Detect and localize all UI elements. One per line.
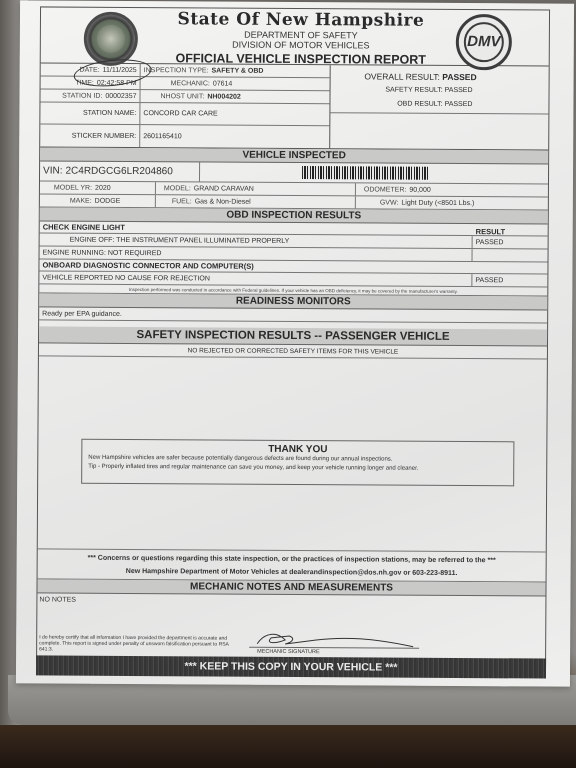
signature-label: MECHANIC SIGNATURE: [257, 649, 320, 655]
blank-area-2: [38, 483, 546, 552]
station-name-value: CONCORD CAR CARE: [140, 103, 220, 124]
obd-result: OBD RESULT: PASSED: [330, 97, 548, 112]
title-block: State Of New Hampshire DEPARTMENT OF SAF…: [161, 8, 441, 67]
result-summary: OVERALL RESULT: PASSED SAFETY RESULT: PA…: [330, 65, 549, 149]
thank-you-line-2: Tip - Properly inflated tires and regula…: [88, 463, 507, 475]
model-year-field: MODEL YR:2020: [40, 181, 156, 194]
signature-scribble: [255, 630, 415, 649]
dmv-logo-icon: DMV: [456, 14, 512, 70]
odometer-field: ODOMETER:90,000: [356, 183, 434, 195]
model-field: MODEL:GRAND CARAVAN: [156, 182, 356, 195]
certification-text: I do hereby certify that all information…: [39, 634, 229, 653]
report-title: OFFICIAL VEHICLE INSPECTION REPORT: [161, 51, 441, 67]
mechanic-field: MECHANIC:07614: [141, 77, 236, 90]
connector-result: PASSED: [471, 274, 547, 286]
gvw-field: GVW:Light Duty (<8501 Lbs.): [356, 196, 478, 209]
inspection-report-page: State Of New Hampshire DEPARTMENT OF SAF…: [16, 0, 574, 686]
blank-area: [38, 356, 546, 441]
engine-off-result-value: PASSED: [476, 239, 504, 246]
safety-result: SAFETY RESULT: PASSED: [331, 83, 549, 98]
inspection-type-field: INSPECTION TYPE:SAFETY & OBD: [141, 64, 267, 77]
fuel-field: FUEL:Gas & Non-Diesel: [156, 195, 356, 208]
sticker-number-value: 2601165410: [140, 125, 185, 147]
nhost-unit-field: NHOST UNIT:NH004202: [140, 90, 243, 103]
certification-block: I do hereby certify that all information…: [37, 627, 545, 658]
division-name: DIVISION OF MOTOR VEHICLES: [161, 39, 441, 51]
readiness-text: Ready per EPA guidance.: [39, 307, 125, 320]
mechanic-signature: MECHANIC SIGNATURE: [249, 630, 419, 655]
time-field: TIME:02:42:58 PM: [41, 76, 141, 89]
readiness-row: Ready per EPA guidance.: [39, 307, 547, 323]
concerns-notice: *** Concerns or questions regarding this…: [38, 549, 546, 582]
state-title: State Of New Hampshire: [161, 9, 441, 31]
inspection-form: State Of New Hampshire DEPARTMENT OF SAF…: [36, 6, 550, 667]
keep-copy-banner: *** KEEP THIS COPY IN YOUR VEHICLE ***: [36, 655, 546, 678]
date-field: DATE:11/11/2025: [41, 63, 141, 76]
inspection-details: DATE:11/11/2025 INSPECTION TYPE:SAFETY &…: [40, 63, 331, 148]
state-seal-icon: [84, 12, 138, 66]
report-header: State Of New Hampshire DEPARTMENT OF SAF…: [41, 7, 549, 66]
station-id-field: STATION ID:00002357: [40, 89, 140, 102]
vin-field: VIN:2C4RDGCG6LR204860: [40, 161, 200, 181]
make-field: MAKE:DODGE: [40, 194, 156, 207]
overall-result: OVERALL RESULT: PASSED: [331, 69, 549, 84]
engine-off-result: RESULTPASSED: [472, 236, 548, 248]
mechanic-notes-text: NO NOTES: [37, 593, 545, 630]
inspection-info: DATE:11/11/2025 INSPECTION TYPE:SAFETY &…: [40, 63, 549, 150]
thank-you-box: THANK YOU New Hampshire vehicles are saf…: [81, 439, 514, 487]
station-name-label: STATION NAME:: [40, 102, 140, 124]
sticker-number-label: STICKER NUMBER:: [40, 124, 140, 147]
floor-background: [0, 725, 576, 768]
vin-barcode: [302, 166, 428, 180]
result-column-header: RESULT: [476, 227, 506, 236]
